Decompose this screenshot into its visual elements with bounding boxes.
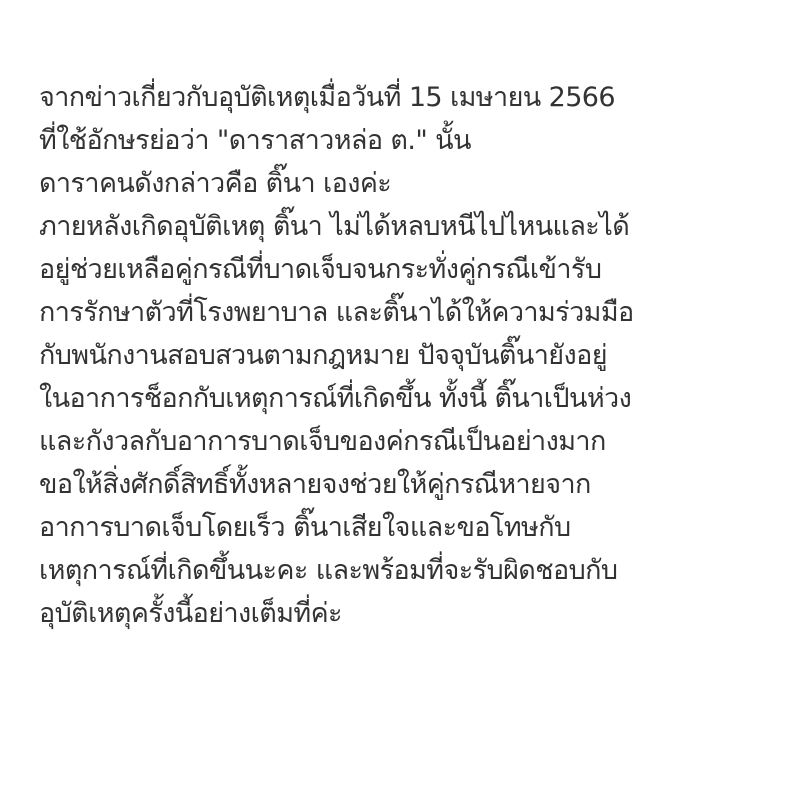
- text-line: การรักษาตัวที่โรงพยาบาล และติ๊นาได้ให้คว…: [39, 291, 789, 334]
- text-line: ในอาการช็อกกับเหตุการณ์ที่เกิดขึ้น ทั้งน…: [39, 377, 789, 420]
- text-line: อุบัติเหตุครั้งนี้อย่างเต็มที่ค่ะ: [39, 592, 789, 635]
- text-line: ที่ใช้อักษรย่อว่า "ดาราสาวหล่อ ต." นั้น: [39, 119, 789, 162]
- text-line: ภายหลังเกิดอุบัติเหตุ ติ๊นา ไม่ได้หลบหนี…: [39, 205, 789, 248]
- text-line: ดาราคนดังกล่าวคือ ติ๊นา เองค่ะ: [39, 162, 789, 205]
- text-line: กับพนักงานสอบสวนตามกฎหมาย ปัจจุบันติ๊นาย…: [39, 334, 789, 377]
- text-line: จากข่าวเกี่ยวกับอุบัติเหตุเมื่อวันที่ 15…: [39, 76, 789, 119]
- text-line: ขอให้สิ่งศักดิ์สิทธิ์ทั้งหลายจงช่วยให้คู…: [39, 463, 789, 506]
- text-line: อยู่ช่วยเหลือคู่กรณีที่บาดเจ็บจนกระทั่งค…: [39, 248, 789, 291]
- text-line: อาการบาดเจ็บโดยเร็ว ติ๊นาเสียใจและขอโทษก…: [39, 506, 789, 549]
- text-line: และกังวลกับอาการบาดเจ็บของค่กรณีเป็นอย่า…: [39, 420, 789, 463]
- text-line: เหตุการณ์ที่เกิดขึ้นนะคะ และพร้อมที่จะรั…: [39, 549, 789, 592]
- statement-text: จากข่าวเกี่ยวกับอุบัติเหตุเมื่อวันที่ 15…: [39, 76, 789, 635]
